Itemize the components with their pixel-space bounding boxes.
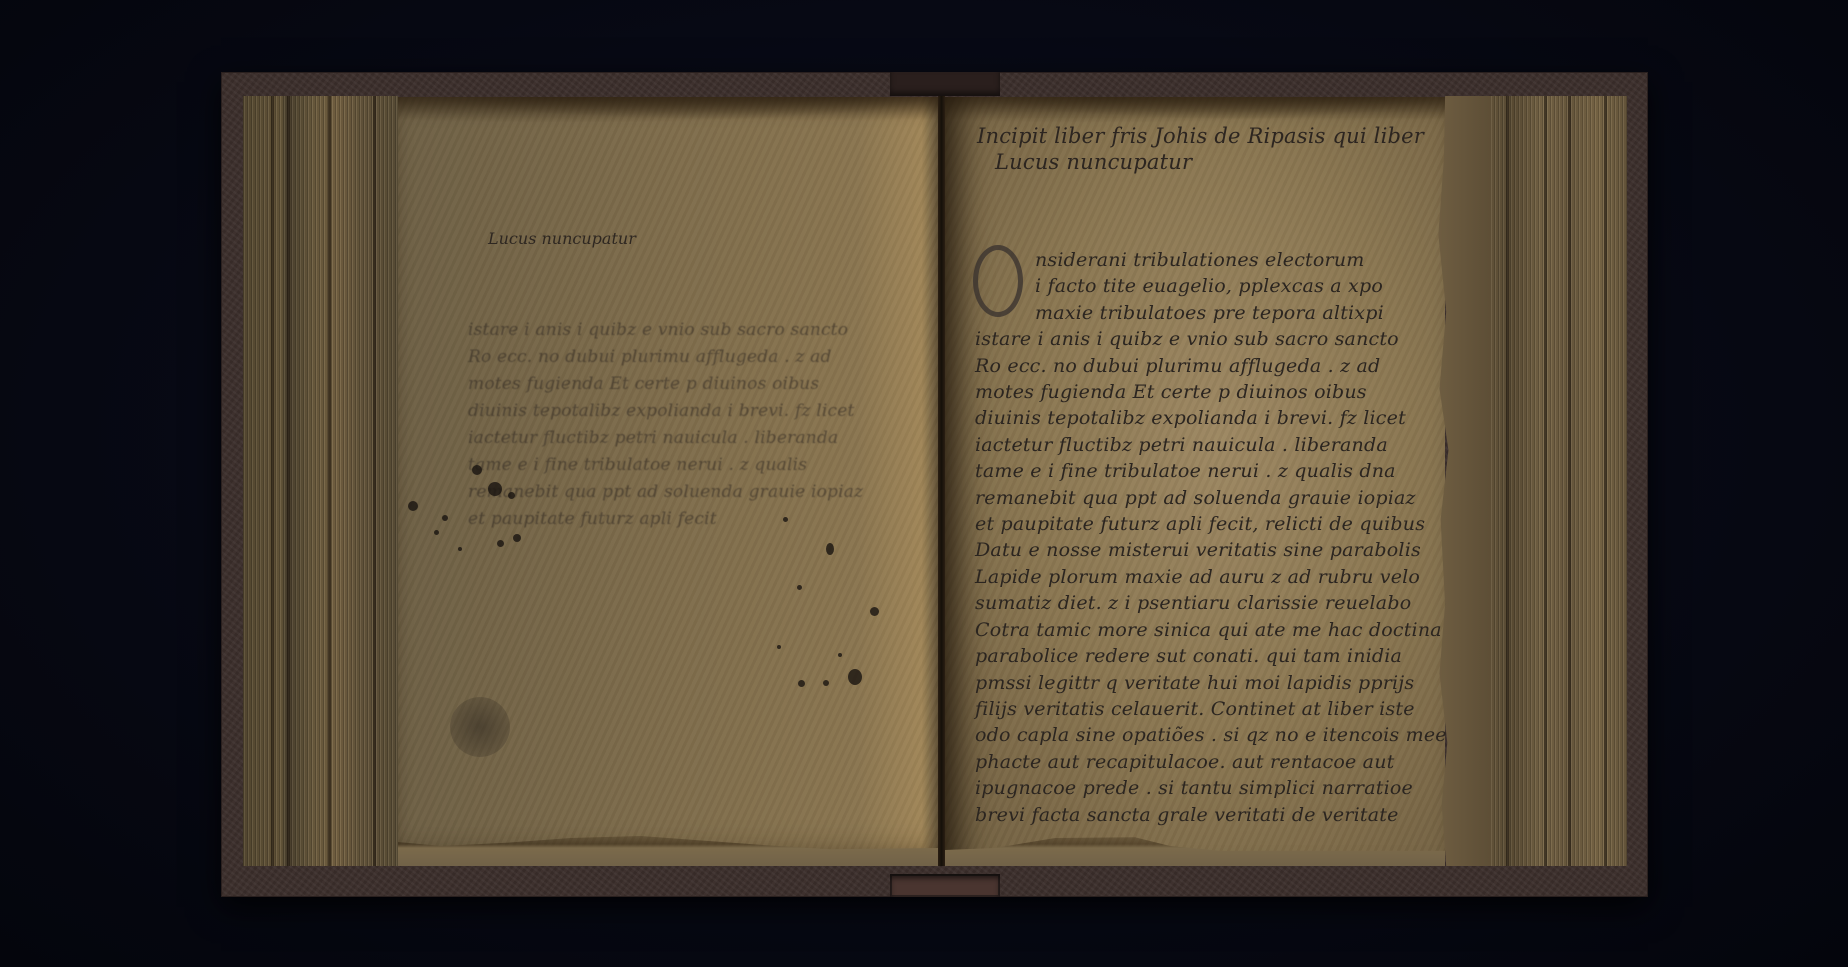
text-line: ipugnacoe prede . si tantu simplici narr…	[975, 775, 1447, 801]
burnt-bottom-edge	[945, 826, 1445, 866]
burnt-top-edge	[945, 97, 1445, 123]
text-line: remanebit qua ppt ad soluenda grauie iop…	[468, 479, 863, 506]
spine-bottom	[890, 874, 1000, 897]
text-line: i facto tite euagelio, pplexcas a xpo	[975, 273, 1447, 299]
open-book: Lucus nuncupatur istare i anis i quibz e…	[221, 72, 1648, 897]
text-line: iactetur fluctibz petri nauicula . liber…	[975, 432, 1447, 458]
text-line: pmssi legittr q veritate hui moi lapidis…	[975, 670, 1447, 696]
text-line: motes fugienda Et certe p diuinos oibus	[468, 371, 863, 398]
book-gutter	[938, 96, 945, 866]
left-page[interactable]: Lucus nuncupatur istare i anis i quibz e…	[398, 97, 938, 866]
spine-top	[890, 72, 1000, 96]
text-line: istare i anis i quibz e vnio sub sacro s…	[975, 326, 1447, 352]
burnt-top-edge	[398, 97, 938, 123]
title-line: Lucus nuncupatur	[977, 149, 1424, 175]
text-line: istare i anis i quibz e vnio sub sacro s…	[468, 317, 863, 344]
right-page-stack	[1486, 96, 1627, 866]
title-line: Incipit liber fris Johis de Ripasis qui …	[977, 123, 1424, 149]
text-line: nsiderani tribulationes electorum	[975, 247, 1447, 273]
text-line: diuinis tepotalibz expolianda i brevi. f…	[975, 405, 1447, 431]
text-line: et paupitate futurz apli fecit, relicti …	[975, 511, 1447, 537]
text-line: odo capla sine opatiões . si qz no e ite…	[975, 722, 1447, 748]
text-line: remanebit qua ppt ad soluenda grauie iop…	[975, 485, 1447, 511]
text-line: et paupitate futurz apli fecit	[468, 506, 863, 533]
text-line: Cotra tamic more sinica qui ate me hac d…	[975, 617, 1447, 643]
text-line: parabolice redere sut conati. qui tam in…	[975, 643, 1447, 669]
text-line: brevi facta sancta grale veritati de ver…	[975, 802, 1447, 828]
left-page-header: Lucus nuncupatur	[488, 229, 636, 248]
text-line: maxie tribulatoes pre tepora altixpi	[975, 300, 1447, 326]
burnt-bottom-edge	[398, 826, 938, 866]
text-line: iactetur fluctibz petri nauicula . liber…	[468, 425, 863, 452]
right-page-title: Incipit liber fris Johis de Ripasis qui …	[977, 123, 1424, 175]
text-line: tame e i fine tribulatoe nerui . z quali…	[975, 458, 1447, 484]
text-line: phacte aut recapitulacoe. aut rentacoe a…	[975, 749, 1447, 775]
right-page[interactable]: Incipit liber fris Johis de Ripasis qui …	[945, 97, 1445, 866]
left-page-stack	[243, 96, 398, 866]
left-page-faded-text: istare i anis i quibz e vnio sub sacro s…	[468, 317, 863, 533]
text-line: motes fugienda Et certe p diuinos oibus	[975, 379, 1447, 405]
text-line: Ro ecc. no dubui plurimu afflugeda . z a…	[975, 353, 1447, 379]
text-line: Datu e nosse misterui veritatis sine par…	[975, 537, 1447, 563]
text-line: Ro ecc. no dubui plurimu afflugeda . z a…	[468, 344, 863, 371]
text-line: tame e i fine tribulatoe nerui . z quali…	[468, 452, 863, 479]
right-page-body: nsiderani tribulationes electorum i fact…	[975, 247, 1447, 828]
text-line: Lapide plorum maxie ad auru z ad rubru v…	[975, 564, 1447, 590]
text-line: sumatiz diet. z i psentiaru clarissie re…	[975, 590, 1447, 616]
text-line: diuinis tepotalibz expolianda i brevi. f…	[468, 398, 863, 425]
text-line: filijs veritatis celauerit. Continet at …	[975, 696, 1447, 722]
